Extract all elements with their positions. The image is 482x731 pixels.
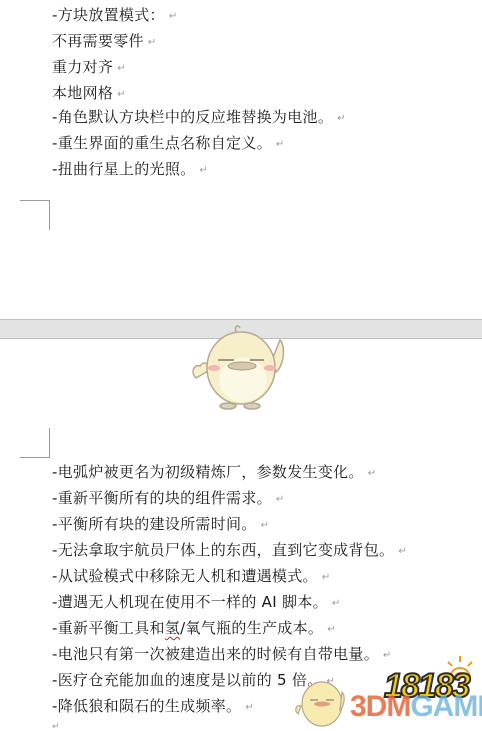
doc-line: -重新平衡工具和氢/氧气瓶的生产成本。↵: [52, 615, 336, 643]
doc-line: -降低狼和陨石的生成频率。↵: [52, 693, 254, 721]
mascot-icon: [188, 320, 294, 410]
watermark-3dmgame: 3DMGAME: [350, 690, 482, 724]
paragraph-mark: ↵: [52, 722, 60, 731]
doc-line: -电弧炉被更名为初级精炼厂，参数发生变化。↵: [52, 459, 376, 487]
doc-line: -平衡所有块的建设所需时间。↵: [52, 511, 269, 539]
doc-line: -角色默认方块栏中的反应堆替换为电池。↵: [52, 104, 346, 132]
spellcheck-underline: 氢: [165, 619, 180, 637]
doc-line: 重力对齐↵: [52, 54, 126, 82]
doc-line: 不再需要零件↵: [52, 28, 157, 56]
document-page-1: -方块放置模式：↵ 不再需要零件↵ 重力对齐↵ 本地网格↵ -角色默认方块栏中的…: [0, 0, 482, 319]
watermark-mascot-icon: [292, 674, 352, 730]
doc-line: -无法拿取宇航员尸体上的东西，直到它变成背包。↵: [52, 537, 407, 565]
doc-line: -重生界面的重生点名称自定义。↵: [52, 130, 285, 158]
doc-line: -遭遇无人机现在使用不一样的 AI 脚本。↵: [52, 589, 341, 617]
watermark-logo: 18183 3DMGAME: [292, 660, 482, 731]
doc-line: -重新平衡所有的块的组件需求。↵: [52, 485, 285, 513]
doc-line: -方块放置模式：↵: [52, 2, 178, 30]
page-corner-mark: [20, 200, 50, 230]
doc-line: -扭曲行星上的光照。↵: [52, 156, 208, 184]
doc-line: -从试验模式中移除无人机和遭遇模式。↵: [52, 563, 331, 591]
page-corner-mark: [20, 428, 50, 458]
